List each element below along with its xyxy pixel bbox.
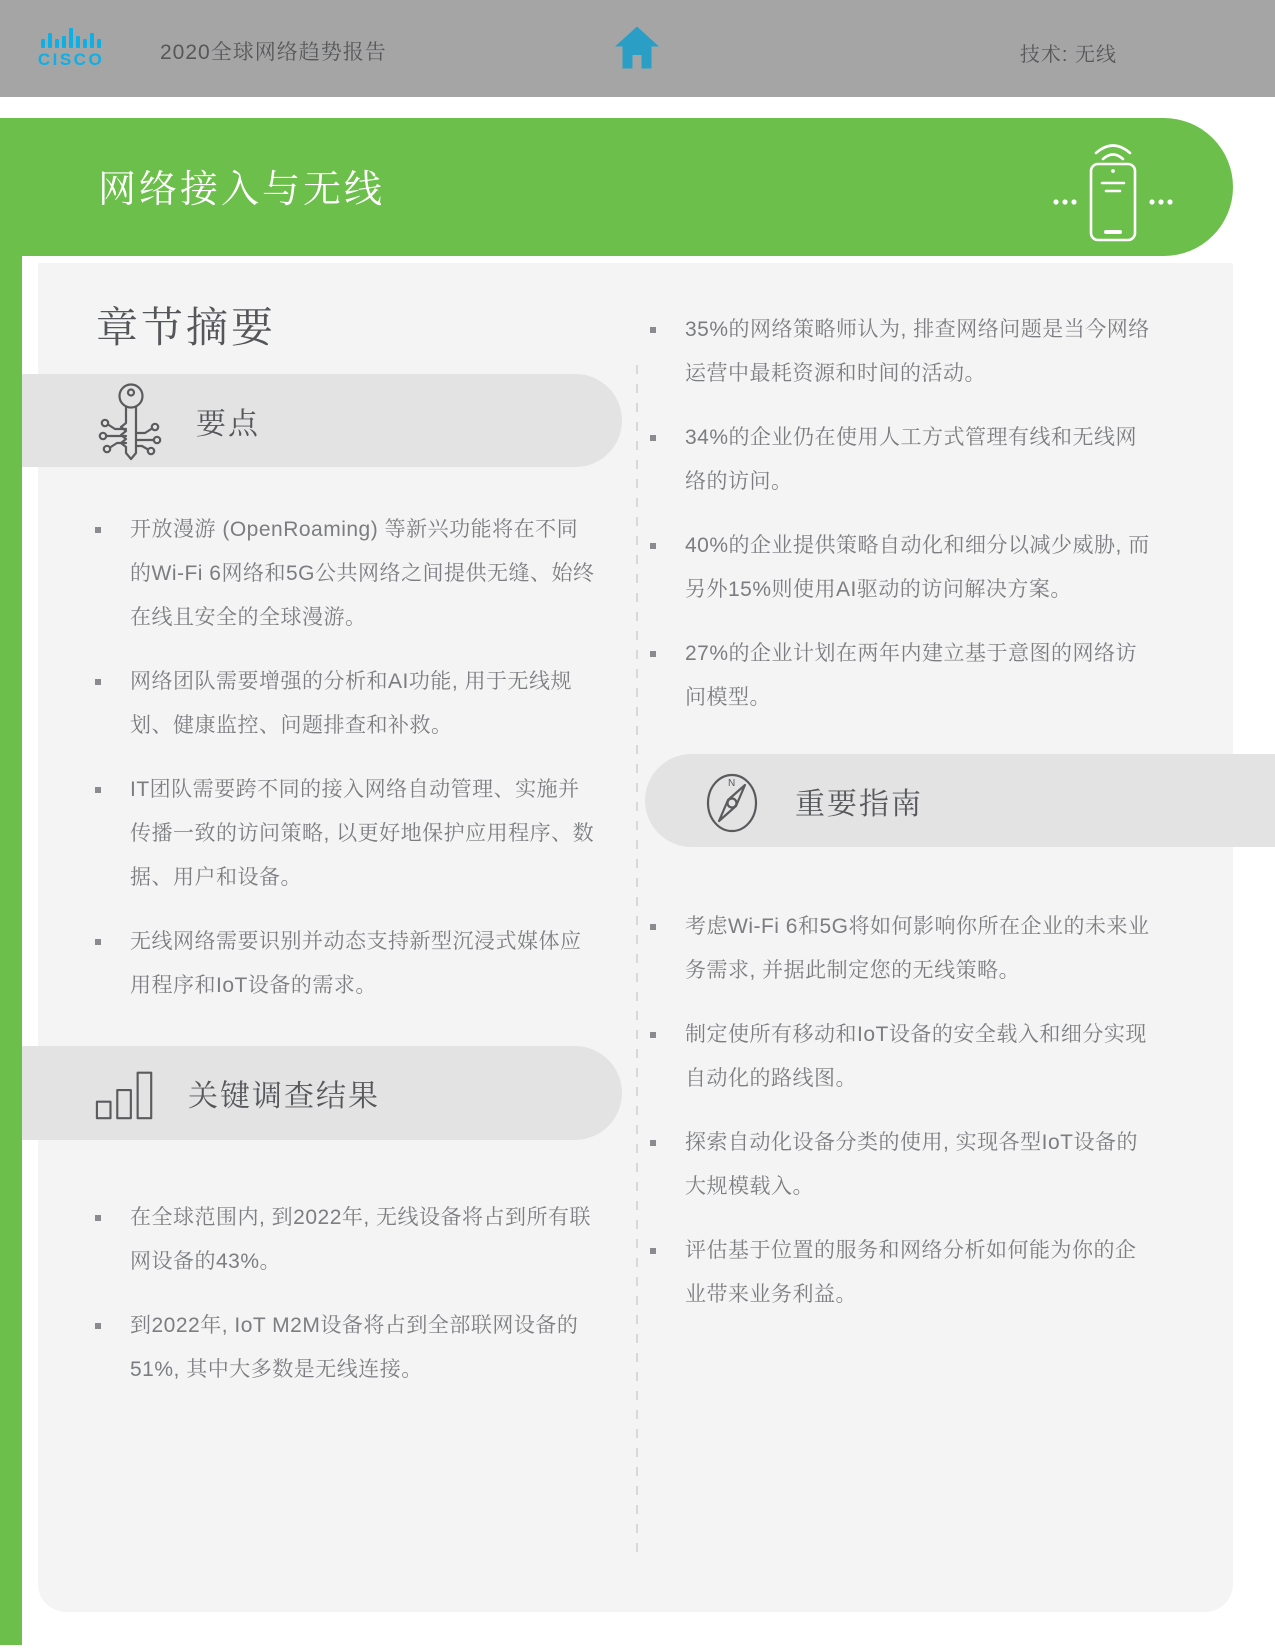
header-bar: CISCO 2020全球网络趋势报告 技术: 无线: [0, 0, 1275, 97]
report-title: 2020全球网络趋势报告: [160, 36, 387, 66]
bullet-text: 到2022年, IoT M2M设备将占到全部联网设备的51%, 其中大多数是无线…: [130, 1304, 597, 1392]
list-item: 考虑Wi-Fi 6和5G将如何影响你所在企业的未来业务需求, 并据此制定您的无线…: [650, 905, 1150, 993]
bullet-dot: [650, 543, 656, 549]
bullet-dot: [95, 1215, 101, 1221]
keypoints-label: 要点: [196, 399, 260, 443]
guide-band: N 重要指南: [645, 754, 1275, 847]
bullet-dot: [650, 327, 656, 333]
bullet-text: 制定使所有移动和IoT设备的安全载入和细分实现自动化的路线图。: [685, 1013, 1150, 1101]
bullet-text: 35%的网络策略师认为, 排查网络问题是当今网络运营中最耗资源和时间的活动。: [685, 308, 1150, 396]
list-item: 27%的企业计划在两年内建立基于意图的网络访问模型。: [650, 632, 1150, 720]
findings-band: 关键调查结果: [22, 1046, 622, 1140]
tech-label: 技术: 无线: [1020, 38, 1117, 67]
left-green-strip: [0, 118, 22, 1645]
cisco-logo: CISCO: [30, 28, 112, 70]
list-item: 到2022年, IoT M2M设备将占到全部联网设备的51%, 其中大多数是无线…: [95, 1304, 597, 1392]
bar-chart-icon: [94, 1064, 158, 1122]
bullet-text: IT团队需要跨不同的接入网络自动管理、实施并传播一致的访问策略, 以更好地保护应…: [130, 768, 597, 900]
bullet-text: 评估基于位置的服务和网络分析如何能为你的企业带来业务利益。: [685, 1229, 1150, 1317]
list-item: 35%的网络策略师认为, 排查网络问题是当今网络运营中最耗资源和时间的活动。: [650, 308, 1150, 396]
list-item: 34%的企业仍在使用人工方式管理有线和无线网络的访问。: [650, 416, 1150, 504]
guide-list: 考虑Wi-Fi 6和5G将如何影响你所在企业的未来业务需求, 并据此制定您的无线…: [650, 905, 1150, 1337]
list-item: 探索自动化设备分类的使用, 实现各型IoT设备的大规模载入。: [650, 1121, 1150, 1209]
circuit-key-icon: [98, 381, 162, 461]
bullet-dot: [650, 435, 656, 441]
bullet-dot: [650, 924, 656, 930]
bullet-dot: [95, 939, 101, 945]
column-divider: [636, 365, 638, 1553]
summary-title: 章节摘要: [96, 295, 276, 355]
findings-label: 关键调查结果: [188, 1071, 380, 1115]
list-item: 网络团队需要增强的分析和AI功能, 用于无线规划、健康监控、问题排查和补救。: [95, 660, 597, 748]
keypoints-list: 开放漫游 (OpenRoaming) 等新兴功能将在不同的Wi-Fi 6网络和5…: [95, 508, 597, 1028]
bullet-dot: [650, 1140, 656, 1146]
bullet-dot: [95, 787, 101, 793]
findings-list: 在全球范围内, 到2022年, 无线设备将占到所有联网设备的43%。 到2022…: [95, 1196, 597, 1412]
bullet-text: 网络团队需要增强的分析和AI功能, 用于无线规划、健康监控、问题排查和补救。: [130, 660, 597, 748]
report-page: CISCO 2020全球网络趋势报告 技术: 无线 网络接入与无线: [0, 0, 1275, 1650]
chapter-banner: 网络接入与无线: [0, 118, 1233, 256]
compass-icon: N: [701, 767, 763, 835]
list-item: 制定使所有移动和IoT设备的安全载入和细分实现自动化的路线图。: [650, 1013, 1150, 1101]
bullet-dot: [650, 651, 656, 657]
bullet-dot: [95, 679, 101, 685]
bullet-text: 探索自动化设备分类的使用, 实现各型IoT设备的大规模载入。: [685, 1121, 1150, 1209]
guide-label: 重要指南: [795, 779, 923, 823]
bullet-text: 40%的企业提供策略自动化和细分以减少威胁, 而另外15%则使用AI驱动的访问解…: [685, 524, 1150, 612]
stats-list: 35%的网络策略师认为, 排查网络问题是当今网络运营中最耗资源和时间的活动。 3…: [650, 308, 1150, 740]
list-item: 40%的企业提供策略自动化和细分以减少威胁, 而另外15%则使用AI驱动的访问解…: [650, 524, 1150, 612]
bullet-text: 开放漫游 (OpenRoaming) 等新兴功能将在不同的Wi-Fi 6网络和5…: [130, 508, 597, 640]
list-item: IT团队需要跨不同的接入网络自动管理、实施并传播一致的访问策略, 以更好地保护应…: [95, 768, 597, 900]
bullet-dot: [95, 527, 101, 533]
bullet-dot: [95, 1323, 101, 1329]
chapter-title: 网络接入与无线: [98, 118, 385, 256]
bullet-text: 考虑Wi-Fi 6和5G将如何影响你所在企业的未来业务需求, 并据此制定您的无线…: [685, 905, 1150, 993]
cisco-logo-text: CISCO: [30, 50, 112, 70]
keypoints-band: 要点: [22, 374, 622, 467]
list-item: 评估基于位置的服务和网络分析如何能为你的企业带来业务利益。: [650, 1229, 1150, 1317]
bullet-text: 34%的企业仍在使用人工方式管理有线和无线网络的访问。: [685, 416, 1150, 504]
bullet-text: 27%的企业计划在两年内建立基于意图的网络访问模型。: [685, 632, 1150, 720]
home-icon[interactable]: [614, 25, 660, 70]
list-item: 在全球范围内, 到2022年, 无线设备将占到所有联网设备的43%。: [95, 1196, 597, 1284]
bullet-text: 无线网络需要识别并动态支持新型沉浸式媒体应用程序和IoT设备的需求。: [130, 920, 597, 1008]
svg-text:N: N: [728, 778, 735, 789]
bullet-text: 在全球范围内, 到2022年, 无线设备将占到所有联网设备的43%。: [130, 1196, 597, 1284]
list-item: 开放漫游 (OpenRoaming) 等新兴功能将在不同的Wi-Fi 6网络和5…: [95, 508, 597, 640]
wireless-tablet-icon: [1048, 138, 1180, 244]
list-item: 无线网络需要识别并动态支持新型沉浸式媒体应用程序和IoT设备的需求。: [95, 920, 597, 1008]
bullet-dot: [650, 1248, 656, 1254]
bullet-dot: [650, 1032, 656, 1038]
cisco-logo-bars: [30, 28, 112, 48]
